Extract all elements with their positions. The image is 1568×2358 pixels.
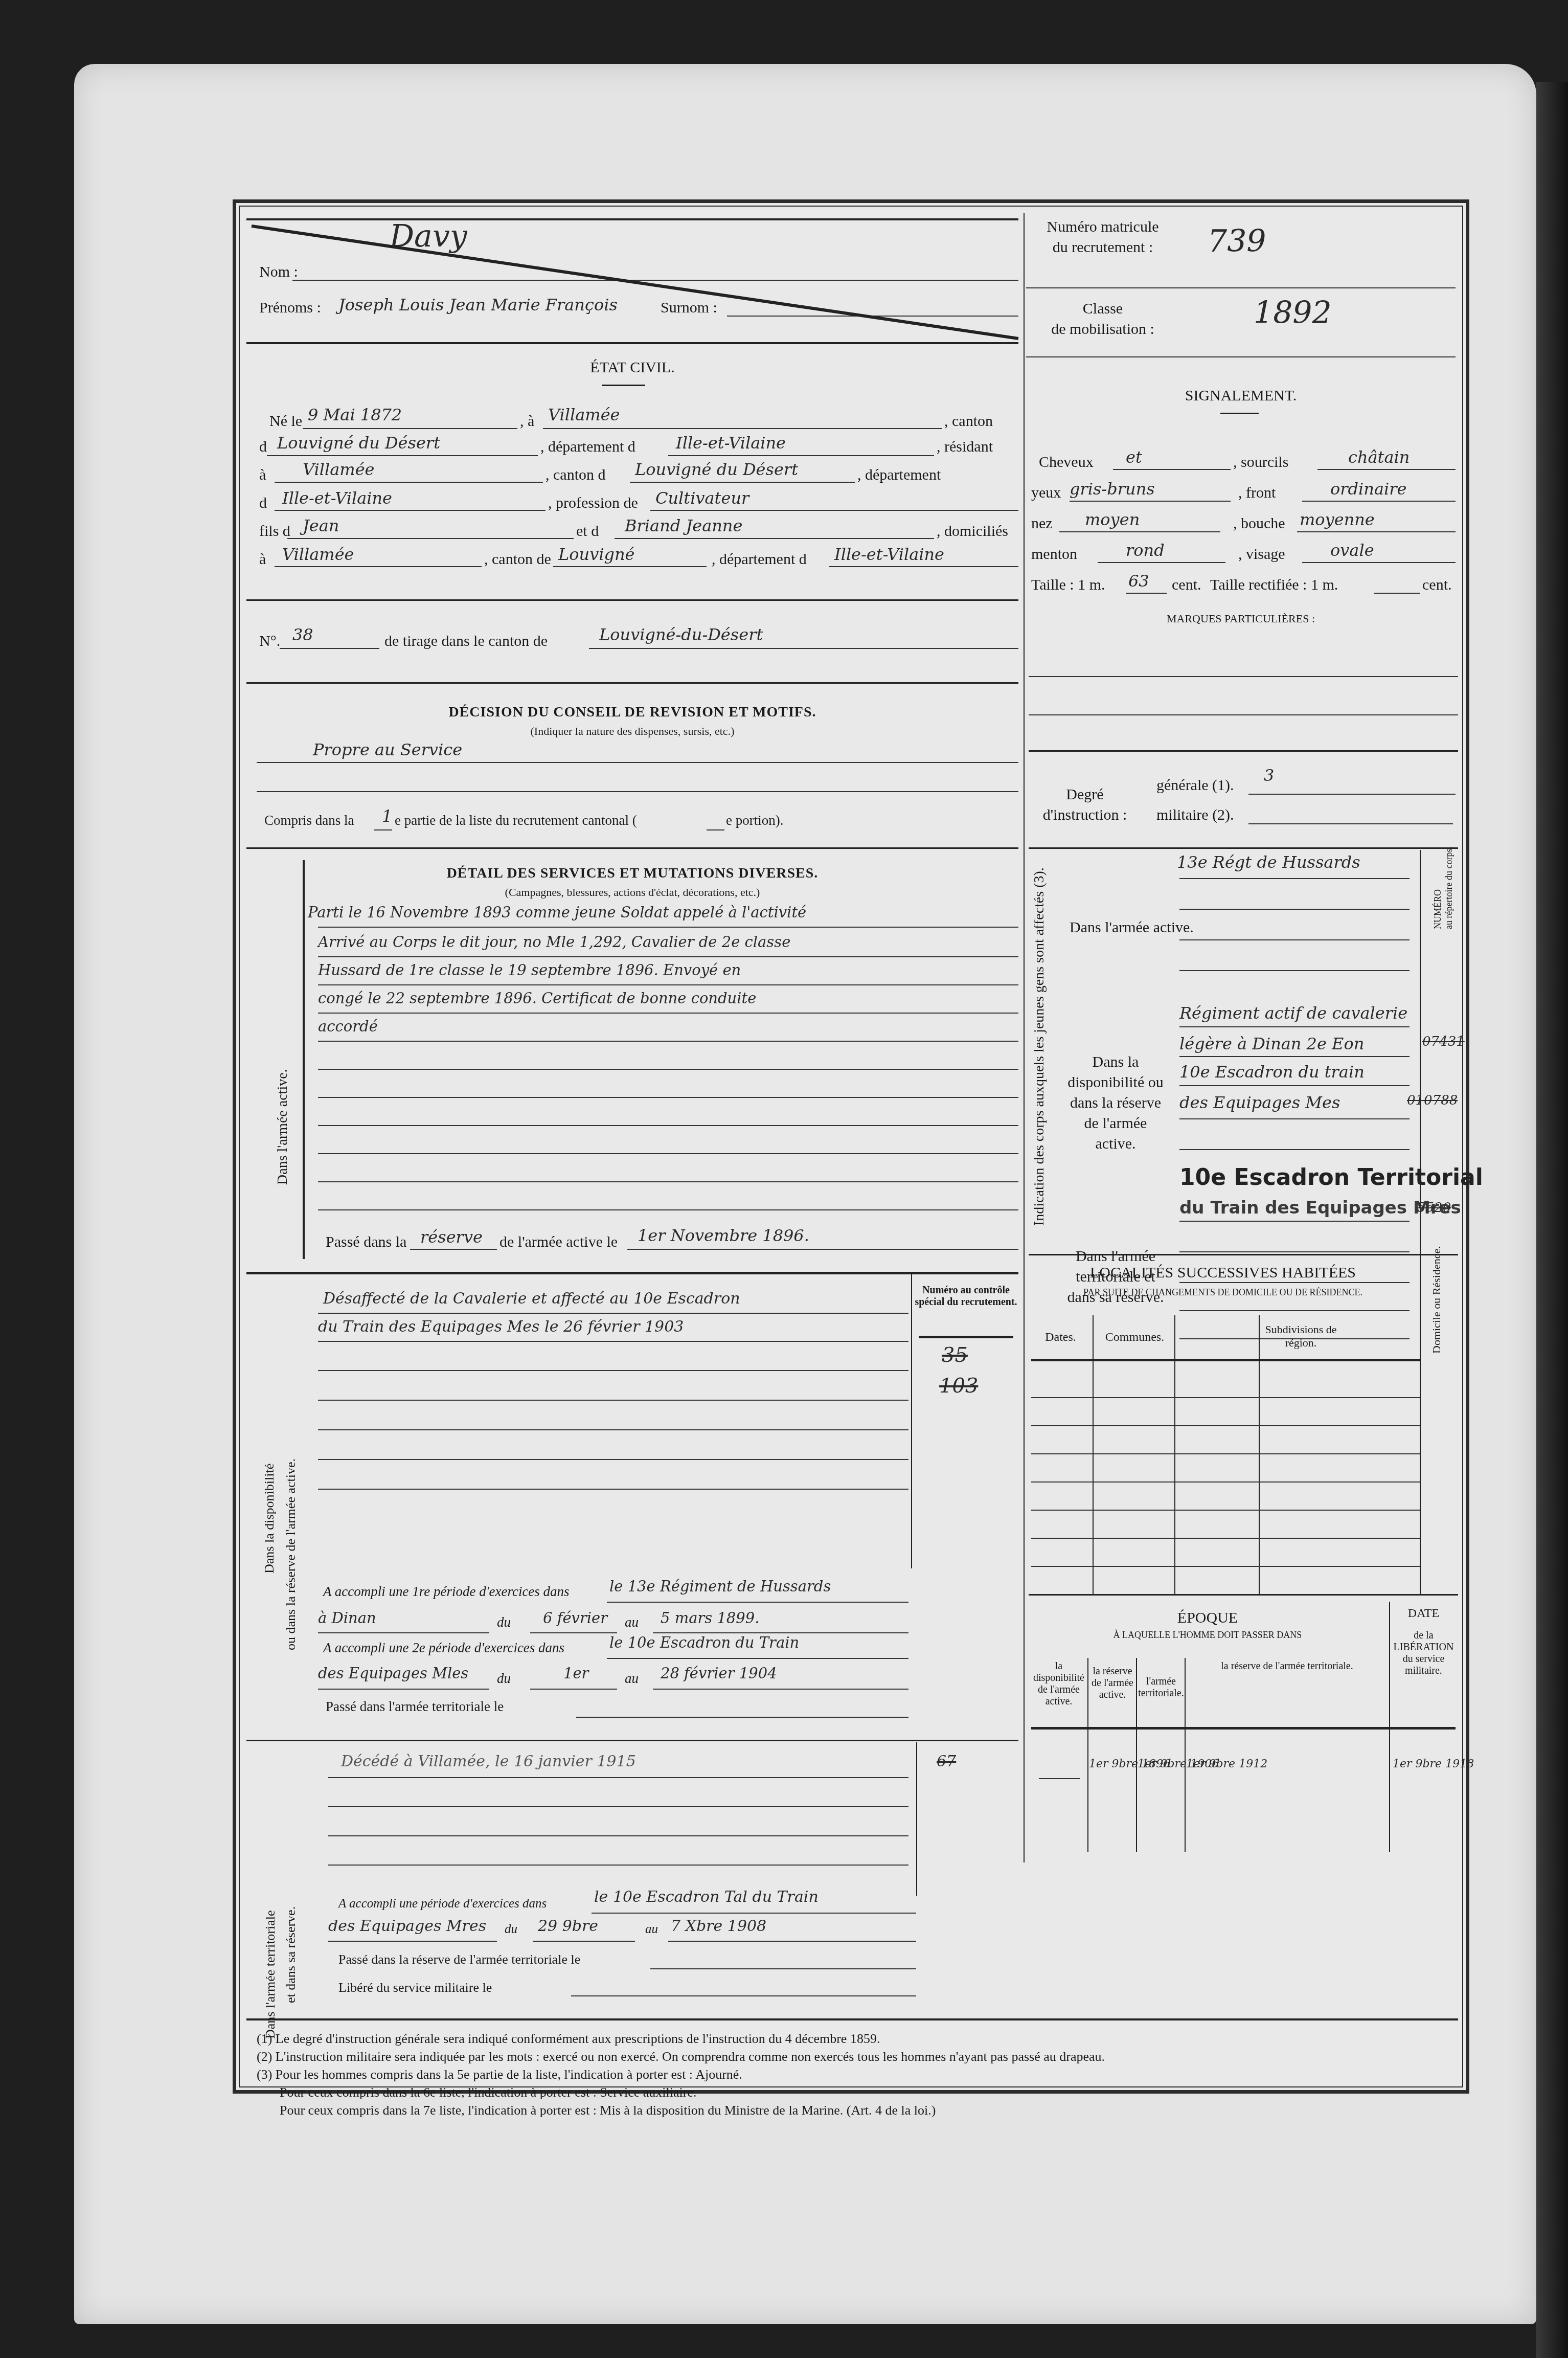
passe-territoriale-label: Passé dans l'armée territoriale le [326, 1699, 504, 1715]
cheveux-label: Cheveux [1039, 454, 1094, 471]
services-side-label: Dans l'armée active. [275, 1069, 291, 1185]
dispo-line-2: légère à Dinan 2e Eon [1179, 1034, 1364, 1053]
dom-departement-label: , département d [712, 551, 807, 568]
generale-value: 3 [1264, 766, 1274, 785]
localites-col-domicile: Domicile ou Résidence. [1430, 1246, 1443, 1354]
numero-controle-label: Numéro au contrôle spécial du recrutemen… [914, 1285, 1018, 1308]
militaire-label: militaire (2). [1156, 806, 1234, 824]
matricule-label-2: du recrutement : [1034, 239, 1172, 256]
periode2-au-label: au [625, 1671, 639, 1687]
epoque-title: ÉPOQUE [1029, 1609, 1387, 1627]
tirage-canton-value: Louvigné-du-Désert [599, 625, 763, 644]
ne-a-value: Villamée [548, 405, 620, 424]
taille-value: 63 [1128, 571, 1149, 591]
tirage-label: de tirage dans le canton de [384, 633, 548, 650]
passe-mid-label: de l'armée active le [499, 1233, 618, 1251]
periode1-label: A accompli une 1re période d'exercices d… [323, 1584, 570, 1600]
taille-rectifiee-cent-label: cent. [1422, 576, 1451, 594]
periode1-au: 5 mars 1899. [661, 1609, 759, 1627]
liberation-value: 1er 9bre 1918 [1393, 1758, 1474, 1770]
passe-label: Passé dans la [326, 1233, 406, 1251]
ne-le-value: 9 Mai 1872 [308, 405, 402, 424]
classe-label-1: Classe [1034, 300, 1172, 318]
canton-value: Louvigné du Désert [277, 433, 440, 453]
footnote-2: (2) L'instruction militaire sera indiqué… [257, 2049, 1105, 2064]
territoriale-du-label: du [505, 1922, 517, 1937]
footnote-1: (1) Le degré d'instruction générale sera… [257, 2031, 880, 2047]
decision-value: Propre au Service [313, 740, 462, 759]
affectation-active-label: Dans l'armée active. [1070, 919, 1162, 936]
tirage-no-label: N°. [259, 633, 280, 650]
visage-value: ovale [1330, 541, 1374, 560]
decision-title: DÉCISION DU CONSEIL DE REVISION ET MOTIF… [246, 704, 1018, 721]
ne-a-label: , à [520, 413, 534, 430]
libere-label: Libéré du service militaire le [338, 1980, 492, 1995]
etat-civil-title: ÉTAT CIVIL. [246, 359, 1018, 376]
pere-value: Jean [303, 516, 339, 535]
canton-de-label: d [259, 438, 267, 456]
et-de-label: et d [576, 523, 599, 540]
res-a-label: à [259, 466, 266, 484]
services-line-5: accordé [318, 1018, 378, 1035]
epoque-subtitle: À LAQUELLE L'HOMME DOIT PASSER DANS [1029, 1630, 1387, 1641]
menton-label: menton [1031, 546, 1077, 563]
decision-subtitle: (Indiquer la nature des dispenses, sursi… [246, 725, 1018, 738]
military-register-form: Davy Nom : Prénoms : Joseph Louis Jean M… [233, 199, 1469, 2094]
deces-number: 67 [937, 1753, 956, 1770]
compris-value: 1 [382, 806, 392, 826]
taille-rectifiee-label: Taille rectifiée : 1 m. [1210, 576, 1338, 594]
territoriale-side-label-2: et dans sa réserve. [283, 1906, 299, 2003]
profession-value: Cultivateur [655, 488, 749, 508]
res-departement-label: , département [857, 466, 941, 484]
territoriale-periode-label: A accompli une période d'exercices dans [338, 1897, 547, 1911]
periode2-lieu: des Equipages Mles [318, 1665, 468, 1682]
liberation-title: DATE [1392, 1607, 1456, 1621]
classe-label-2: de mobilisation : [1034, 321, 1172, 338]
taille-cent-label: cent. [1172, 576, 1201, 594]
canton-label: , canton [944, 413, 993, 430]
portion-suffix: e portion). [726, 813, 783, 828]
domicilies-label: , domiciliés [937, 523, 1008, 540]
periode1-value: le 13e Régiment de Hussards [609, 1578, 831, 1595]
res-canton-value: Louvigné du Désert [635, 460, 798, 479]
dispo-line-4: des Equipages Mes [1179, 1093, 1340, 1112]
epoque-col-reserve-territoriale: la réserve de l'armée territoriale. [1186, 1660, 1388, 1672]
epoque-col-territoriale: l'armée territoriale. [1138, 1676, 1185, 1699]
liberation-subtitle: de la LIBÉRATION du service militaire. [1392, 1630, 1456, 1677]
res-dept-d-label: d [259, 495, 267, 512]
epoque-reserve-territoriale-value: 1er 9bre 1912 [1186, 1758, 1267, 1770]
periode2-au: 28 février 1904 [661, 1665, 777, 1682]
book-edge [1536, 82, 1568, 2358]
numero-repertoire-label-1: NUMÉRO [1433, 889, 1443, 929]
numero-repertoire-label-2: au répertoire du corps. [1444, 846, 1455, 929]
services-title: DÉTAIL DES SERVICES ET MUTATIONS DIVERSE… [246, 865, 1018, 882]
territoriale-periode-lieu: des Equipages Mres [328, 1917, 486, 1935]
territorial-number: 5520 [1417, 1200, 1451, 1216]
degre-label-1: Degré [1034, 786, 1136, 803]
services-line-3: Hussard de 1re classe le 19 septembre 18… [318, 961, 741, 979]
tirage-no-value: 38 [292, 625, 313, 644]
dispo-number-2: 010788 [1407, 1093, 1458, 1108]
cancel-stroke [249, 223, 1021, 341]
dom-departement-value: Ille-et-Vilaine [834, 545, 944, 564]
marques-label: MARQUES PARTICULIÈRES : [1026, 612, 1456, 625]
footnote-4: Pour ceux compris dans la 6e liste, l'in… [280, 2085, 697, 2100]
generale-label: générale (1). [1156, 777, 1234, 794]
localites-col-communes: Communes. [1095, 1331, 1174, 1344]
dispo-line-1: Régiment actif de cavalerie [1179, 1003, 1407, 1023]
epoque-col-reserve-active: la réserve de l'armée active. [1089, 1666, 1136, 1701]
cheveux-value: et [1126, 447, 1142, 467]
affectation-active-value: 13e Régt de Hussards [1177, 852, 1360, 872]
ne-le-label: Né le [269, 413, 302, 430]
localites-subtitle: PAR SUITE DE CHANGEMENTS DE DOMICILE OU … [1029, 1287, 1417, 1298]
compris-suffix: e partie de la liste du recrutement cant… [395, 813, 637, 828]
numero-controle-2: 103 [939, 1374, 978, 1398]
mere-value: Briand Jeanne [625, 516, 742, 535]
classe-value: 1892 [1254, 295, 1332, 331]
affectation-dispo-label: Dans la disponibilité ou dans la réserve… [1064, 1052, 1167, 1154]
departement-label: , département d [540, 438, 635, 456]
bouche-label: , bouche [1233, 515, 1285, 532]
signalement-title: SIGNALEMENT. [1026, 387, 1456, 405]
fils-label: fils d [259, 523, 290, 540]
bouche-value: moyenne [1300, 510, 1375, 529]
visage-label: , visage [1238, 546, 1285, 563]
footnote-5: Pour ceux compris dans la 7e liste, l'in… [280, 2103, 936, 2118]
services-subtitle: (Campagnes, blessures, actions d'éclat, … [246, 886, 1018, 899]
residant-label: , résidant [937, 438, 993, 456]
periode1-du: 6 février [543, 1609, 607, 1627]
periode2-du-label: du [497, 1671, 511, 1687]
affectation-side-label: Indication des corps auxquels les jeunes… [1031, 867, 1048, 1226]
periode1-du-label: du [497, 1614, 511, 1630]
passe-value: réserve [420, 1227, 483, 1247]
services-line-1: Parti le 16 Novembre 1893 comme jeune So… [308, 904, 806, 921]
disponibilite-line-1: Désaffecté de la Cavalerie et affecté au… [323, 1290, 740, 1308]
sourcils-value: châtain [1348, 447, 1410, 467]
territoriale-periode-value: le 10e Escadron Tal du Train [594, 1888, 819, 1906]
territoriale-au: 7 Xbre 1908 [671, 1917, 766, 1935]
departement-value: Ille-et-Vilaine [676, 433, 786, 453]
nez-value: moyen [1085, 510, 1140, 529]
matricule-value: 739 [1208, 223, 1266, 259]
disponibilite-side-label-2: ou dans la réserve de l'armée active. [283, 1458, 299, 1650]
menton-value: rond [1126, 541, 1165, 560]
localites-title: LOCALITÉS SUCCESSIVES HABITÉES [1029, 1264, 1417, 1282]
passe-date: 1er Novembre 1896. [638, 1226, 809, 1245]
dom-a-label: à [259, 551, 266, 568]
passe-reserve-territoriale-label: Passé dans la réserve de l'armée territo… [338, 1952, 580, 1967]
dispo-number-1: 07431 [1422, 1034, 1465, 1049]
dom-canton-value: Louvigné [558, 545, 634, 564]
disponibilite-line-2: du Train des Equipages Mes le 26 février… [318, 1318, 684, 1336]
front-label: , front [1238, 484, 1276, 502]
res-dept-value: Ille-et-Vilaine [282, 488, 392, 508]
territoriale-du: 29 9bre [538, 1917, 598, 1935]
numero-controle-1: 35 [942, 1343, 968, 1367]
nez-label: nez [1031, 515, 1053, 532]
epoque-col-disponibilite: la disponibilité de l'armée active. [1031, 1660, 1086, 1708]
services-line-4: congé le 22 septembre 1896. Certificat d… [318, 990, 756, 1007]
sourcils-label: , sourcils [1233, 454, 1288, 471]
taille-label: Taille : 1 m. [1031, 576, 1105, 594]
deces-line: Décédé à Villamée, le 16 janvier 1915 [341, 1753, 636, 1770]
periode2-du: 1er [563, 1665, 588, 1682]
dom-a-value: Villamée [282, 545, 354, 564]
periode1-lieu: à Dinan [318, 1609, 376, 1627]
localites-col-dates: Dates. [1029, 1331, 1093, 1344]
yeux-label: yeux [1031, 484, 1061, 502]
dom-canton-label: , canton de [484, 551, 551, 568]
matricule-label-1: Numéro matricule [1034, 218, 1172, 236]
periode2-label: A accompli une 2e période d'exercices da… [323, 1640, 564, 1656]
services-line-2: Arrivé au Corps le dit jour, no Mle 1,29… [318, 933, 790, 951]
dispo-line-3: 10e Escadron du train [1179, 1062, 1365, 1082]
disponibilite-side-label-1: Dans la disponibilité [262, 1464, 277, 1574]
yeux-value: gris-bruns [1070, 479, 1155, 499]
res-canton-label: , canton d [546, 466, 605, 484]
territorial-stamp-1: 10e Escadron Territorial [1179, 1164, 1483, 1191]
territoriale-au-label: au [645, 1922, 658, 1937]
res-a-value: Villamée [303, 460, 375, 479]
compris-label: Compris dans la [264, 813, 354, 828]
degre-label-2: d'instruction : [1034, 806, 1136, 824]
localites-col-subdivisions: Subdivisions de région. [1261, 1323, 1340, 1350]
profession-label: , profession de [548, 495, 638, 512]
periode2-value: le 10e Escadron du Train [609, 1634, 799, 1651]
footnote-3: (3) Pour les hommes compris dans la 5e p… [257, 2067, 742, 2082]
periode1-au-label: au [625, 1614, 639, 1630]
front-value: ordinaire [1330, 479, 1406, 499]
